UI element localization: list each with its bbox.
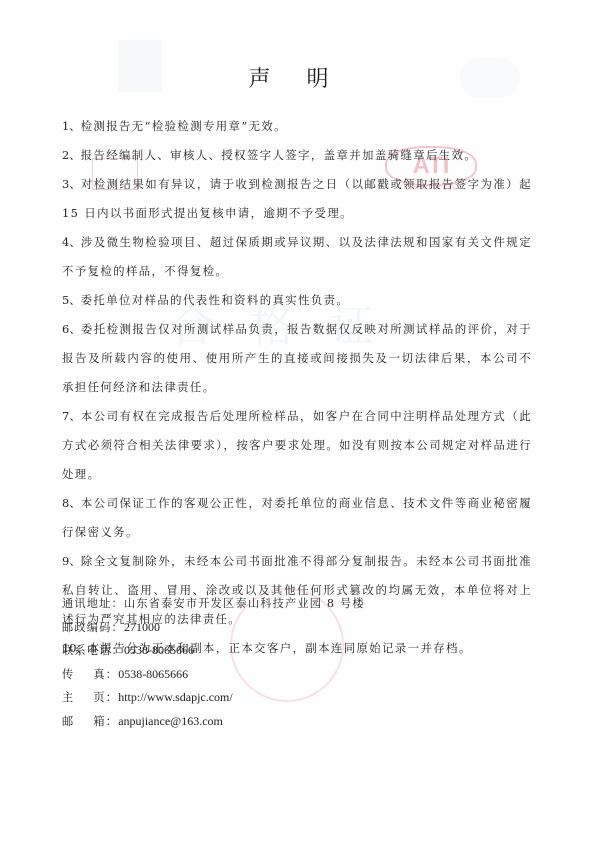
email-link[interactable]: anpujiance@163.com [118, 710, 223, 734]
postcode-label: 邮政编码： [62, 616, 124, 640]
clause-number: 3、 [62, 177, 81, 191]
phone-value: 0538-8065666 [124, 639, 194, 663]
contact-info: 通讯地址： 山东省泰安市开发区泰山科技产业园 8 号楼 邮政编码： 271000… [62, 592, 532, 733]
clause-7: 7、本公司有权在完成报告后处理所检样品，如客户在合同中注明样品处理方式（此方式必… [62, 402, 532, 489]
contact-email: 邮 箱： anpujiance@163.com [62, 710, 532, 734]
contact-address: 通讯地址： 山东省泰安市开发区泰山科技产业园 8 号楼 [62, 592, 532, 616]
clause-number: 4、 [62, 235, 81, 249]
clause-number: 7、 [62, 409, 81, 423]
clause-2: 2、报告经编制人、审核人、授权签字人签字，盖章并加盖骑缝章后生效。 [62, 141, 532, 170]
clause-3: 3、对检测结果如有异议，请于收到检测报告之日（以邮戳或领取报告签字为准）起 15… [62, 170, 532, 228]
clause-number: 1、 [62, 119, 81, 133]
clause-number: 8、 [62, 496, 81, 510]
clause-8: 8、本公司保证工作的客观公正性，对委托单位的商业信息、技术文件等商业秘密履行保密… [62, 489, 532, 547]
homepage-link[interactable]: http://www.sdapjc.com/ [118, 686, 233, 710]
address-value: 山东省泰安市开发区泰山科技产业园 8 号楼 [124, 592, 365, 616]
contact-postcode: 邮政编码： 271000 [62, 616, 532, 640]
contact-homepage: 主 页： http://www.sdapjc.com/ [62, 686, 532, 710]
clause-text: 检测报告无“检验检测专用章”无效。 [81, 119, 287, 133]
declaration-clauses: 1、检测报告无“检验检测专用章”无效。 2、报告经编制人、审核人、授权签字人签字… [62, 112, 532, 663]
postcode-value: 271000 [124, 616, 160, 640]
homepage-label: 主 页： [62, 686, 118, 710]
page-title: 声明 [0, 62, 595, 93]
clause-number: 5、 [62, 293, 81, 307]
clause-text: 报告经编制人、审核人、授权签字人签字，盖章并加盖骑缝章后生效。 [81, 148, 478, 162]
clause-number: 6、 [62, 322, 81, 336]
clause-text: 涉及微生物检验项目、超过保质期或异议期、以及法律法规和国家有关文件规定不予复检的… [62, 235, 532, 278]
contact-fax: 传 真： 0538-8065666 [62, 663, 532, 687]
clause-text: 本公司有权在完成报告后处理所检样品，如客户在合同中注明样品处理方式（此方式必须符… [62, 409, 532, 481]
clause-text: 对检测结果如有异议，请于收到检测报告之日（以邮戳或领取报告签字为准）起 15 日… [62, 177, 532, 220]
email-label: 邮 箱： [62, 710, 118, 734]
clause-number: 9、 [62, 554, 81, 568]
document-page: 合格证 ATI CERTIFICATE 声明 1、检测报告无“检验检测专用章”无… [0, 0, 595, 842]
fax-value: 0538-8065666 [118, 663, 188, 687]
clause-text: 委托检测报告仅对所测试样品负责，报告数据仅反映对所测试样品的评价，对于报告及所载… [62, 322, 532, 394]
clause-number: 2、 [62, 148, 81, 162]
address-label: 通讯地址： [62, 592, 124, 616]
clause-text: 委托单位对样品的代表性和资料的真实性负责。 [81, 293, 350, 307]
fax-label: 传 真： [62, 663, 118, 687]
clause-5: 5、委托单位对样品的代表性和资料的真实性负责。 [62, 286, 532, 315]
contact-phone: 联系电话： 0538-8065666 [62, 639, 532, 663]
clause-4: 4、涉及微生物检验项目、超过保质期或异议期、以及法律法规和国家有关文件规定不予复… [62, 228, 532, 286]
clause-1: 1、检测报告无“检验检测专用章”无效。 [62, 112, 532, 141]
phone-label: 联系电话： [62, 639, 124, 663]
clause-text: 本公司保证工作的客观公正性，对委托单位的商业信息、技术文件等商业秘密履行保密义务… [62, 496, 532, 539]
clause-6: 6、委托检测报告仅对所测试样品负责，报告数据仅反映对所测试样品的评价，对于报告及… [62, 315, 532, 402]
